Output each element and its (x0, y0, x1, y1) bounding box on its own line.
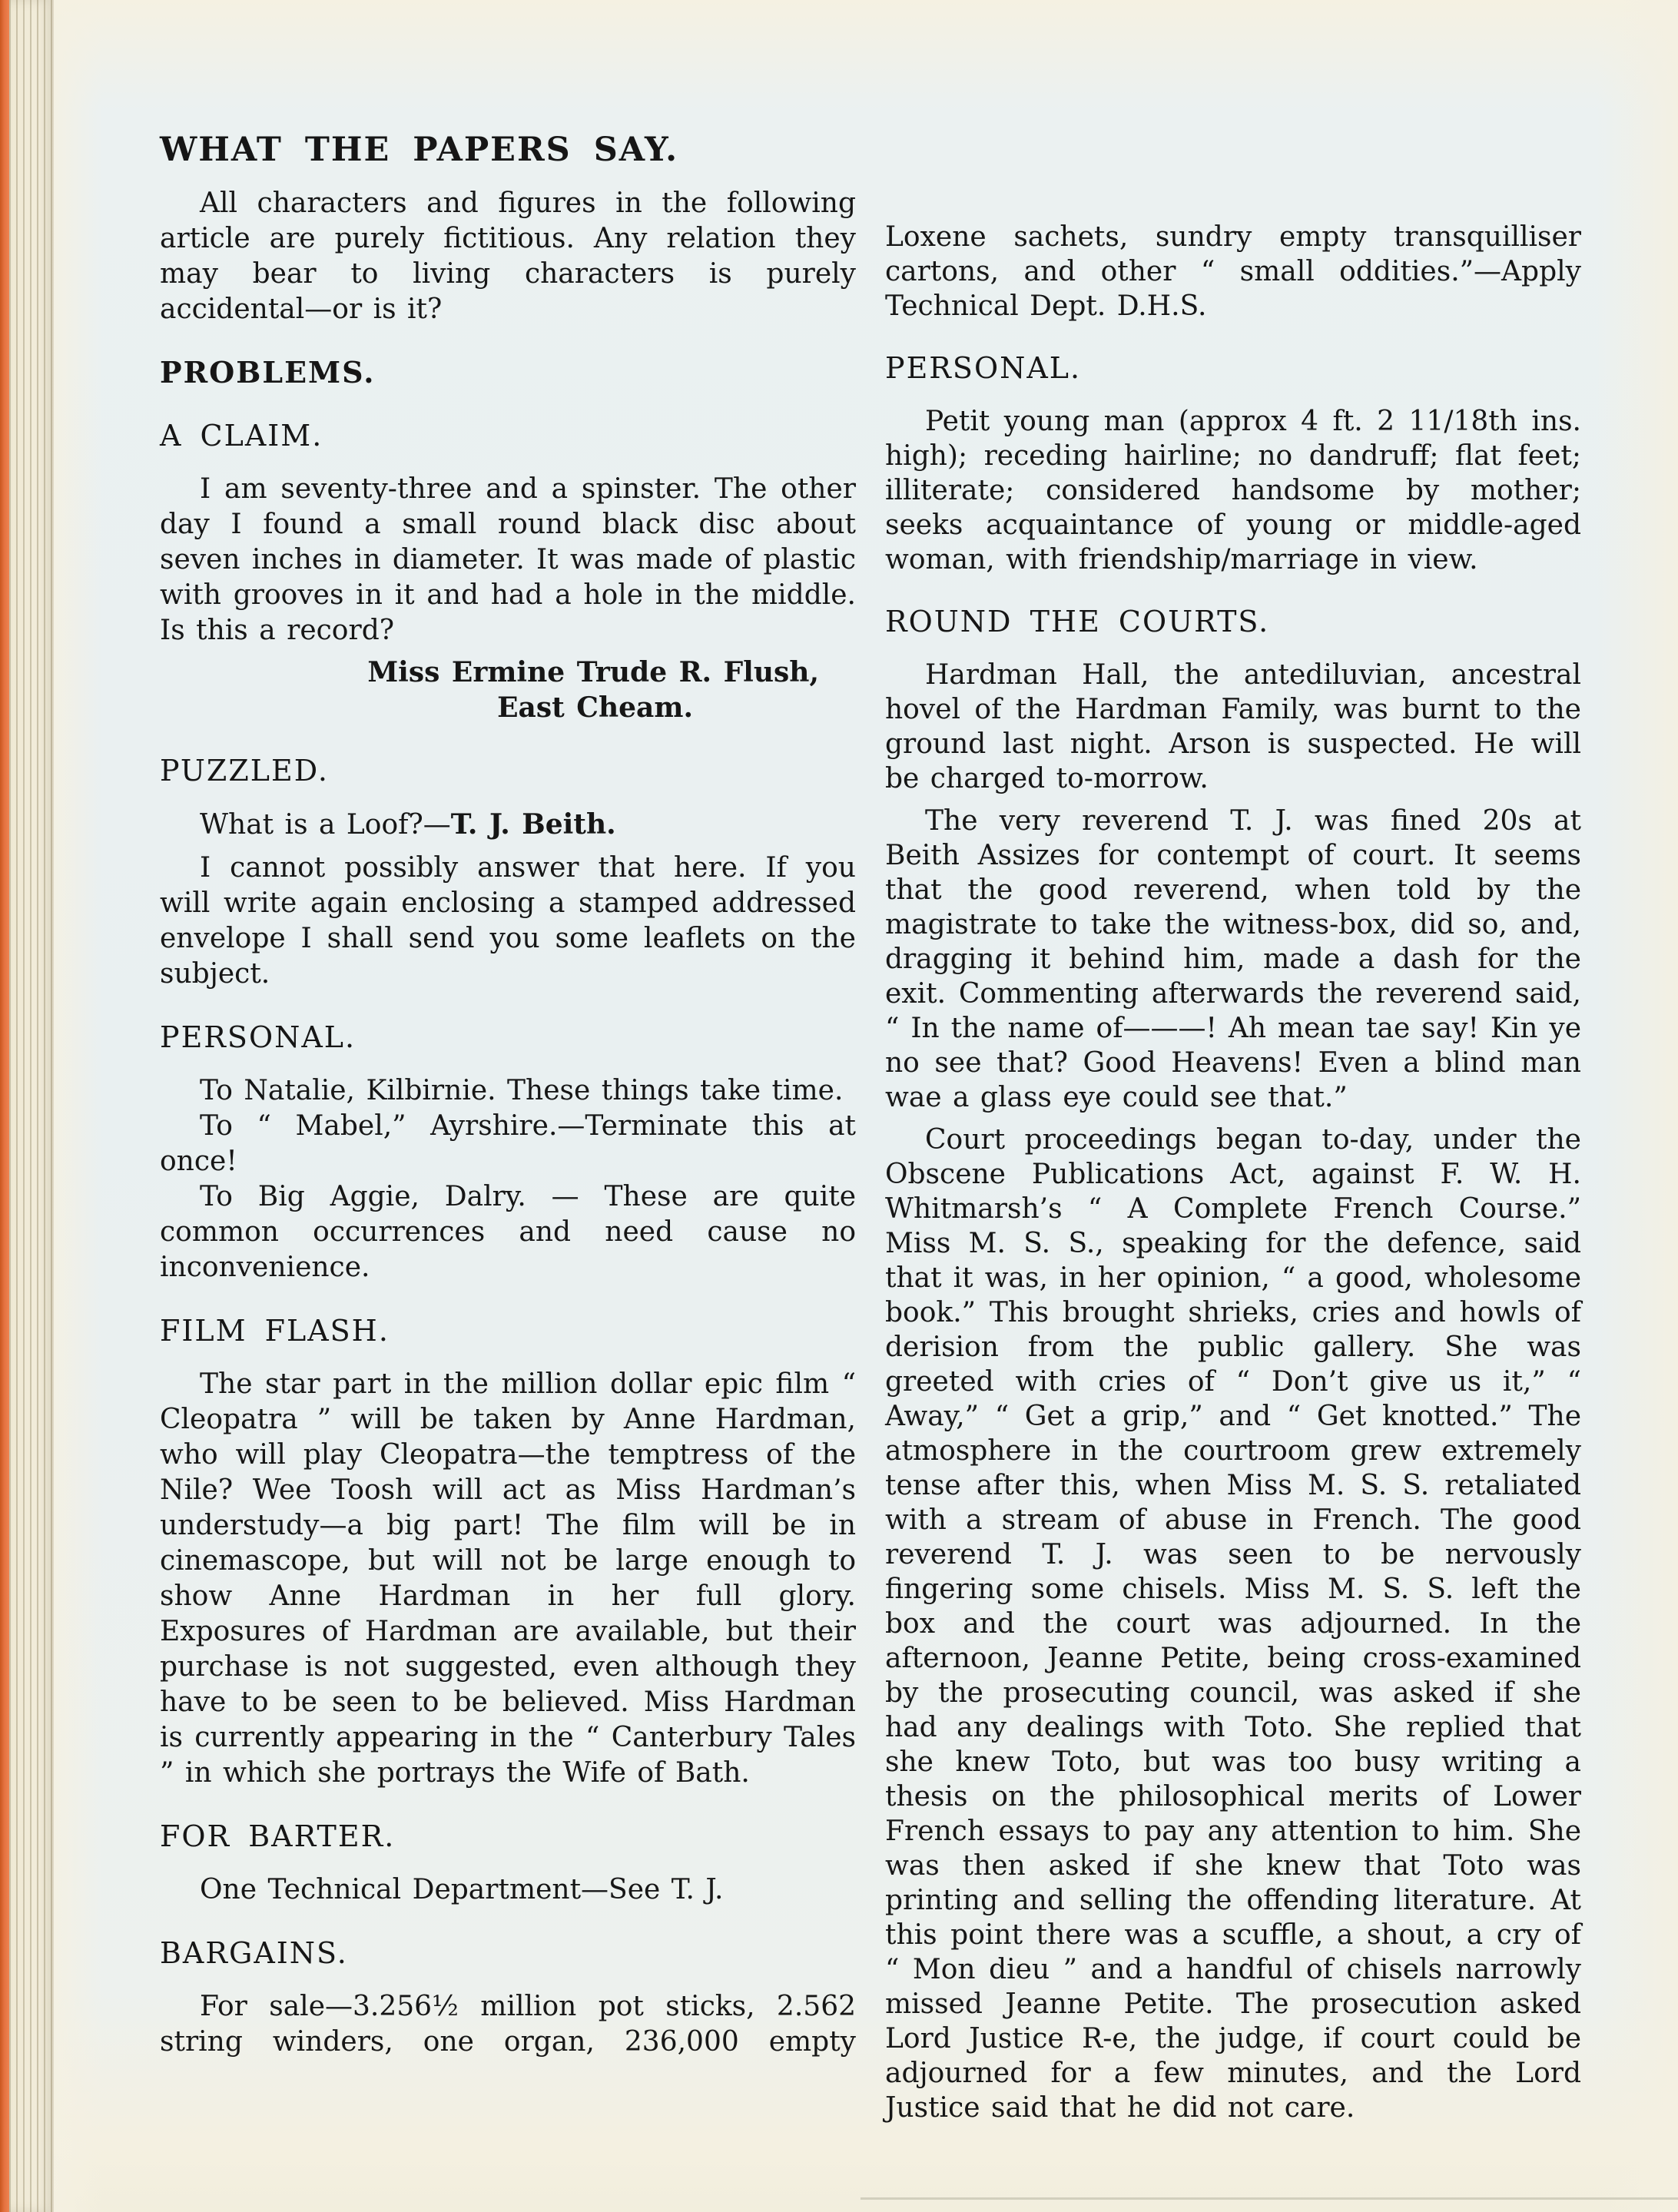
book-cover-edge (0, 0, 9, 2212)
heading-for-barter: FOR BARTER. (160, 1819, 856, 1854)
heading-problems: PROBLEMS. (160, 355, 856, 390)
bargains-paragraph: For sale—3.256½ million pot sticks, 2.56… (160, 1989, 856, 2060)
letter-signature: Miss Ermine Trude R. Flush, East Cheam. (160, 655, 856, 725)
heading-a-claim: A CLAIM. (160, 418, 856, 453)
signature-name: Miss Ermine Trude R. Flush, (160, 655, 856, 690)
heading-puzzled: PUZZLED. (160, 753, 856, 788)
personal-item-big-aggie: To Big Aggie, Dalry. — These are quite c… (160, 1179, 856, 1285)
heading-round-the-courts: ROUND THE COURTS. (885, 605, 1581, 639)
magazine-page: WHAT THE PAPERS SAY. All characters and … (54, 0, 1678, 2212)
right-column: Loxene sachets, sundry empty transquilli… (885, 0, 1581, 2125)
book-scan: WHAT THE PAPERS SAY. All characters and … (0, 0, 1678, 2212)
personal-ad-paragraph: Petit young man (approx 4 ft. 2 11/18th … (885, 404, 1581, 577)
heading-bargains: BARGAINS. (160, 1935, 856, 1971)
film-flash-paragraph: The star part in the million dollar epic… (160, 1367, 856, 1791)
courts-paragraph-obscene-publications: Court proceedings began to-day, under th… (885, 1123, 1581, 2125)
page-stack-edge (9, 0, 54, 2212)
signature-place: East Cheam. (160, 690, 856, 725)
claim-paragraph: I am seventy-three and a spinster. The o… (160, 472, 856, 648)
courts-paragraph-reverend: The very reverend T. J. was fined 20s at… (885, 804, 1581, 1115)
courts-paragraph-hardman-hall: Hardman Hall, the antediluvian, ancestra… (885, 658, 1581, 796)
puzzled-question-text: What is a Loof?— (200, 809, 451, 841)
personal-item-natalie: To Natalie, Kilbirnie. These things take… (160, 1073, 856, 1109)
scanned-magazine-page: { "colors": { "cover_edge_orange": "#e47… (0, 0, 1678, 2212)
for-barter-paragraph: One Technical Department—See T. J. (160, 1872, 856, 1908)
puzzled-answer-paragraph: I cannot possibly answer that here. If y… (160, 851, 856, 992)
puzzled-question-author: T. J. Beith. (451, 808, 616, 841)
heading-personal-right: PERSONAL. (885, 351, 1581, 386)
page-title: WHAT THE PAPERS SAY. (160, 132, 856, 167)
left-column: WHAT THE PAPERS SAY. All characters and … (160, 0, 856, 2060)
page-bottom-shadow (861, 2197, 1678, 2200)
heading-film-flash: FILM FLASH. (160, 1313, 856, 1348)
intro-paragraph: All characters and figures in the follow… (160, 186, 856, 327)
personal-item-mabel: To “ Mabel,” Ayrshire.—Terminate this at… (160, 1109, 856, 1179)
puzzled-question-paragraph: What is a Loof?—T. J. Beith. (160, 807, 856, 843)
bargains-continued-paragraph: Loxene sachets, sundry empty transquilli… (885, 220, 1581, 323)
heading-personal-left: PERSONAL. (160, 1020, 856, 1055)
